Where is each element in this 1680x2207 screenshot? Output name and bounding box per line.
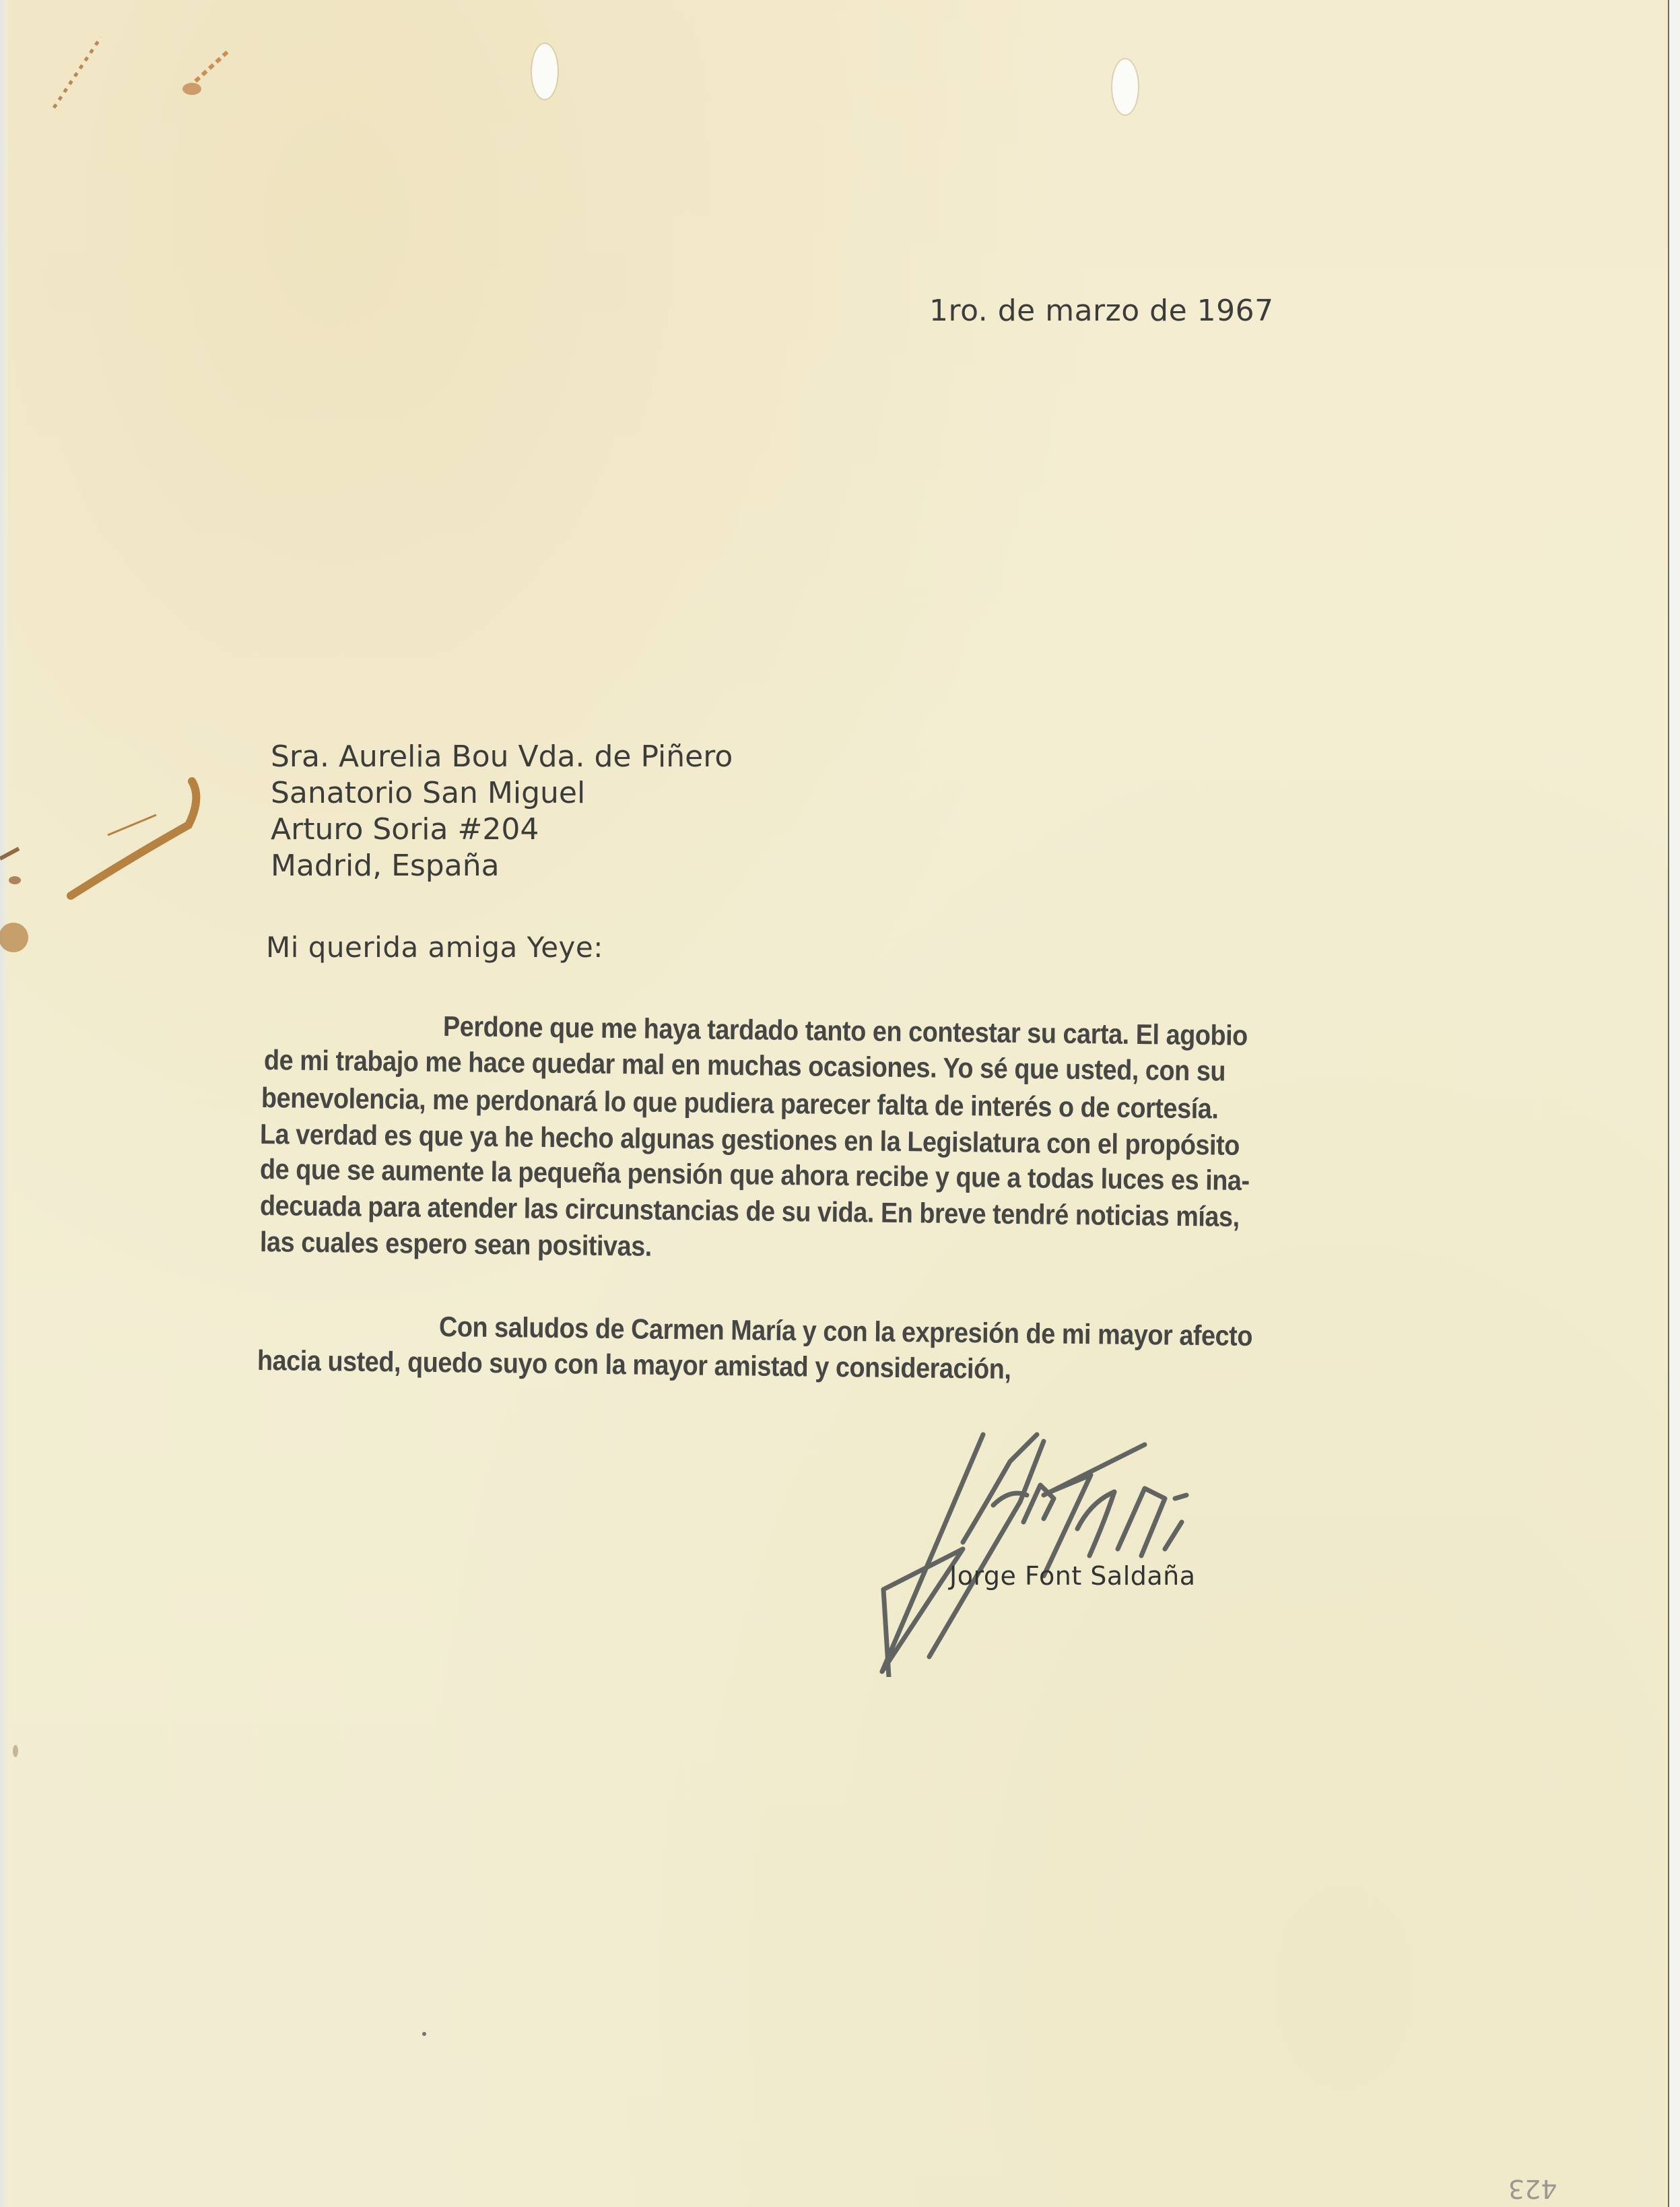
address-line: Madrid, España — [271, 849, 500, 883]
salutation: Mi querida amiga Yeye: — [266, 931, 603, 964]
signer-name: Jorge Font Saldaña — [949, 1561, 1196, 1591]
archive-page-number: 423 — [1508, 2174, 1557, 2204]
letter-page: 1ro. de marzo de 1967 Sra. Aurelia Bou V… — [0, 0, 1680, 2207]
letter-date: 1ro. de marzo de 1967 — [929, 294, 1274, 328]
address-line: Sanatorio San Miguel — [271, 776, 585, 810]
handwritten-signature-icon — [875, 1421, 1252, 1677]
body-line: las cuales espero sean positivas. — [260, 1226, 652, 1263]
address-line: Sra. Aurelia Bou Vda. de Piñero — [271, 739, 733, 774]
address-line: Arturo Soria #204 — [271, 812, 539, 847]
